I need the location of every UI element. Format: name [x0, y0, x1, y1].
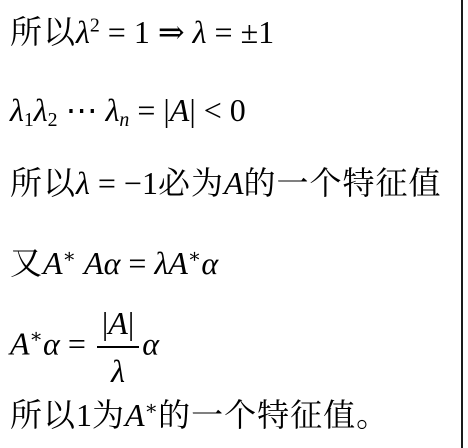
math-segment-cjk: 所以 [10, 397, 76, 433]
math-segment-math: | < 0 [189, 92, 245, 128]
math-segment-var: A [125, 397, 145, 433]
math-segment-math: | [128, 305, 134, 341]
math-segment-var: λ [10, 92, 24, 128]
math-segment-math: = ±1 [207, 14, 275, 50]
math-segment-var: A [108, 305, 128, 341]
math-segment-var: λA [154, 245, 187, 281]
math-line-5: A∗α = |A|λα [10, 303, 159, 391]
fraction: |A|λ [97, 303, 139, 391]
math-segment-math: = | [129, 92, 169, 128]
math-segment-math [76, 245, 84, 281]
math-segment-cjk: 必为 [158, 165, 224, 201]
math-segment-var: λ [193, 14, 207, 50]
math-segment-math: = [120, 245, 154, 281]
math-segment-sup: ∗ [63, 245, 76, 267]
math-segment-cjk: 所以 [10, 165, 76, 201]
math-segment-math: = [60, 325, 94, 361]
math-segment-var: λ [76, 14, 90, 50]
math-segment-var: A [43, 245, 63, 281]
math-line-1: 所以λ2 = 1 ⇒ λ = ±1 [10, 12, 274, 52]
math-segment-math: = 1 ⇒ [100, 14, 193, 50]
math-segment-cjk: 为 [92, 397, 125, 433]
math-content: 所以λ2 = 1 ⇒ λ = ±1 λ1λ2 ⋯ λn = |A| < 0 所以… [0, 0, 468, 448]
math-segment-var: A [10, 325, 30, 361]
math-segment-var: α [43, 325, 60, 361]
math-segment-math: ⋯ [58, 92, 106, 128]
fraction-numerator: |A| [97, 303, 139, 348]
math-line-3: 所以λ = −1必为A的一个特征值 [10, 163, 442, 203]
math-line-2: λ1λ2 ⋯ λn = |A| < 0 [10, 90, 246, 133]
math-segment-cjk: 的一个特征值。 [158, 397, 389, 433]
math-segment-math: 1 [76, 397, 92, 433]
math-segment-sup: ∗ [30, 326, 43, 348]
math-segment-cjk: 又 [10, 245, 43, 281]
math-segment-var: λ [106, 92, 120, 128]
math-segment-math: = −1 [90, 165, 158, 201]
math-segment-cjk: 的一个特征值 [244, 165, 442, 201]
math-line-6: 所以1为A∗的一个特征值。 [10, 395, 389, 435]
right-border-line [461, 0, 463, 448]
math-segment-subv: n [119, 109, 129, 131]
math-segment-sup: ∗ [145, 397, 158, 419]
math-segment-var: λ [111, 353, 125, 389]
math-segment-var: A [224, 165, 244, 201]
math-segment-var: A [170, 92, 190, 128]
fraction-denominator: λ [106, 348, 130, 391]
math-segment-var: Aα [84, 245, 120, 281]
math-segment-sup: ∗ [188, 245, 201, 267]
math-segment-cjk: 所以 [10, 14, 76, 50]
math-segment-var: λ [34, 92, 48, 128]
math-segment-var: α [142, 325, 159, 361]
math-segment-sup: 2 [90, 14, 100, 36]
math-segment-var: α [201, 245, 218, 281]
math-line-4: 又A∗ Aα = λA∗α [10, 243, 218, 283]
math-segment-var: λ [76, 165, 90, 201]
math-segment-sub: 1 [24, 109, 34, 131]
math-segment-sub: 2 [48, 109, 58, 131]
